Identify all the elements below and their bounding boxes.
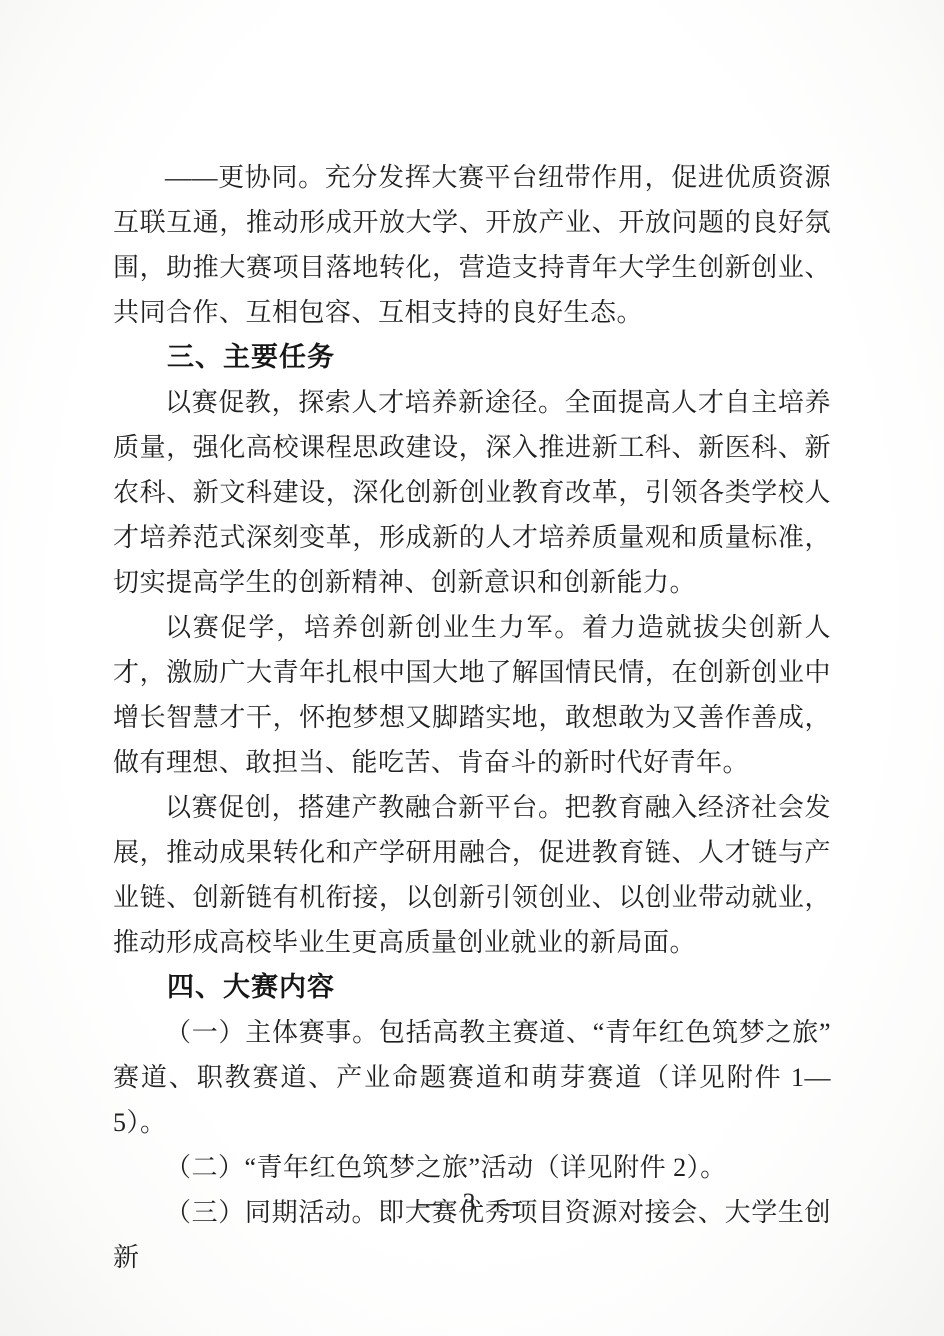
section-heading-competition-content: 四、大赛内容 [113,965,831,1010]
paragraph-promote-teaching: 以赛促教，探索人才培养新途径。全面提高人才自主培养质量，强化高校课程思政建设，深… [113,380,831,605]
document-page: ——更协同。充分发挥大赛平台纽带作用，促进优质资源互联互通，推动形成开放大学、开… [0,0,944,1336]
paragraph-more-collaborative: ——更协同。充分发挥大赛平台纽带作用，促进优质资源互联互通，推动形成开放大学、开… [113,155,831,335]
paragraph-item-1-main-events: （一）主体赛事。包括高教主赛道、“青年红色筑梦之旅”赛道、职教赛道、产业命题赛道… [113,1010,831,1145]
paragraph-promote-innovation: 以赛促创，搭建产教融合新平台。把教育融入经济社会发展，推动成果转化和产学研用融合… [113,785,831,965]
page-number: — 3 — [0,1183,944,1223]
section-heading-main-tasks: 三、主要任务 [113,335,831,380]
document-body: ——更协同。充分发挥大赛平台纽带作用，促进优质资源互联互通，推动形成开放大学、开… [113,155,831,1280]
paragraph-promote-learning: 以赛促学，培养创新创业生力军。着力造就拔尖创新人才，激励广大青年扎根中国大地了解… [113,605,831,785]
